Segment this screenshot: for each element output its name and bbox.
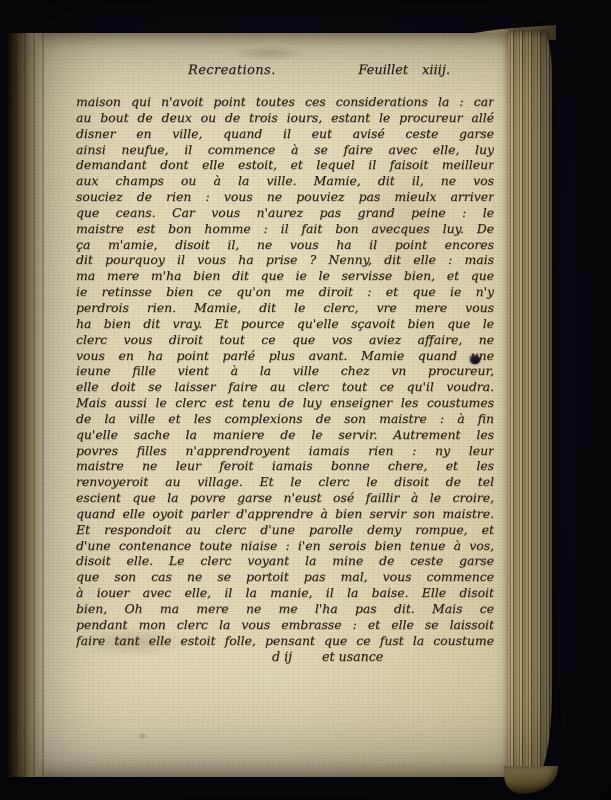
- text-line: ieune fille vient à la ville chez vn pro…: [76, 363, 494, 379]
- book-page: Recreations. Feuillet xiiij. maison qui …: [8, 33, 511, 777]
- text-line: maistre ne leur feroit iamais bonne cher…: [76, 458, 494, 474]
- text-line: faire tant elle estoit folle, pensant qu…: [76, 633, 494, 649]
- text-line: disner en ville, quand il eut avisé cest…: [76, 126, 494, 142]
- text-line: maison qui n'avoit point toutes ces cons…: [76, 94, 494, 110]
- text-line: clerc vous diroit tout ce que vos aviez …: [76, 332, 494, 348]
- text-line: bien, Oh ma mere ne me l'ha pas dit. Mai…: [76, 601, 494, 617]
- book-photo: Recreations. Feuillet xiiij. maison qui …: [0, 0, 611, 800]
- text-line: que ceans. Car vous n'aurez pas grand pe…: [76, 205, 494, 221]
- spine-gutter: [8, 33, 46, 777]
- text-line: perdrois rien. Mamie, dit le clerc, vre …: [76, 300, 494, 316]
- text-line: ma mere m'ha bien dit que ie le servisse…: [76, 268, 494, 284]
- bottom-edge-pages: [504, 766, 558, 794]
- signature-mark: d ij: [272, 649, 292, 664]
- text-line: quand elle oyoit parler d'apprendre à bi…: [76, 506, 494, 522]
- fox-spot: [138, 733, 147, 739]
- text-line: pendant mon clerc la vous embrasse : et …: [76, 617, 494, 633]
- text-line: renvoyeroit au village. Et le clerc le d…: [76, 474, 494, 490]
- text-line: souciez de rien : vous ne pouviez pas mi…: [76, 189, 494, 205]
- direction-line: d ij et usance: [76, 649, 494, 666]
- text-line: Et respondoit au clerc d'une parolle dem…: [76, 522, 494, 538]
- text-line: que son cas ne se portoit pas mal, vous …: [76, 569, 494, 585]
- text-line: Mais aussi le clerc est tenu de luy ense…: [76, 395, 494, 411]
- text-line: dit pourquoy il vous ha prise ? Nenny, d…: [76, 252, 494, 268]
- text-line: vous en ha point parlé plus avant. Mamie…: [76, 348, 494, 364]
- text-line: disoit elle. Le clerc voyant la mine de …: [76, 553, 494, 569]
- folio: Feuillet xiiij.: [358, 63, 450, 78]
- text-line: demandant dont elle estoit, et lequel il…: [76, 157, 494, 173]
- text-line: ça m'amie, disoit il, ne vous ha il poin…: [76, 237, 494, 253]
- running-header: Recreations. Feuillet xiiij.: [76, 63, 494, 81]
- text-line: ie retinsse bien ce qu'on me diroit : et…: [76, 284, 494, 300]
- text-line: escient que la povre garse n'eust osé fa…: [76, 490, 494, 506]
- folio-label: Feuillet: [358, 63, 408, 78]
- text-line: ainsi neufue, il commence à se faire ave…: [76, 142, 494, 158]
- text-line: d'une contenance toute niaise : i'en ser…: [76, 538, 494, 554]
- catchword: et usance: [322, 649, 383, 664]
- text-line: aux champs ou à la ville. Mamie, dit il,…: [76, 173, 494, 189]
- stain-smudge: [230, 47, 308, 60]
- text-line: ha bien dit vray. Et pource qu'elle sçav…: [76, 316, 494, 332]
- folio-number: xiiij.: [422, 63, 450, 78]
- running-title: Recreations.: [188, 63, 276, 78]
- text-line: maistre est bon homme : il fait bon avec…: [76, 221, 494, 237]
- page-text: Recreations. Feuillet xiiij. maison qui …: [76, 63, 494, 666]
- text-line: elle doit se laisser faire au clerc tout…: [76, 379, 494, 395]
- text-line: à iouer avec elle, il la manie, il la ba…: [76, 585, 494, 601]
- text-line: qu'elle sache la maniere de le servir. A…: [76, 427, 494, 443]
- text-line: au bout de deux ou de trois iours, estan…: [76, 110, 494, 126]
- fore-edge-pages: [508, 30, 552, 782]
- body-text: maison qui n'avoit point toutes ces cons…: [76, 94, 494, 649]
- text-line: de la ville et les complexions de son ma…: [76, 411, 494, 427]
- text-line: povres filles n'apprendroyent iamais rie…: [76, 443, 494, 459]
